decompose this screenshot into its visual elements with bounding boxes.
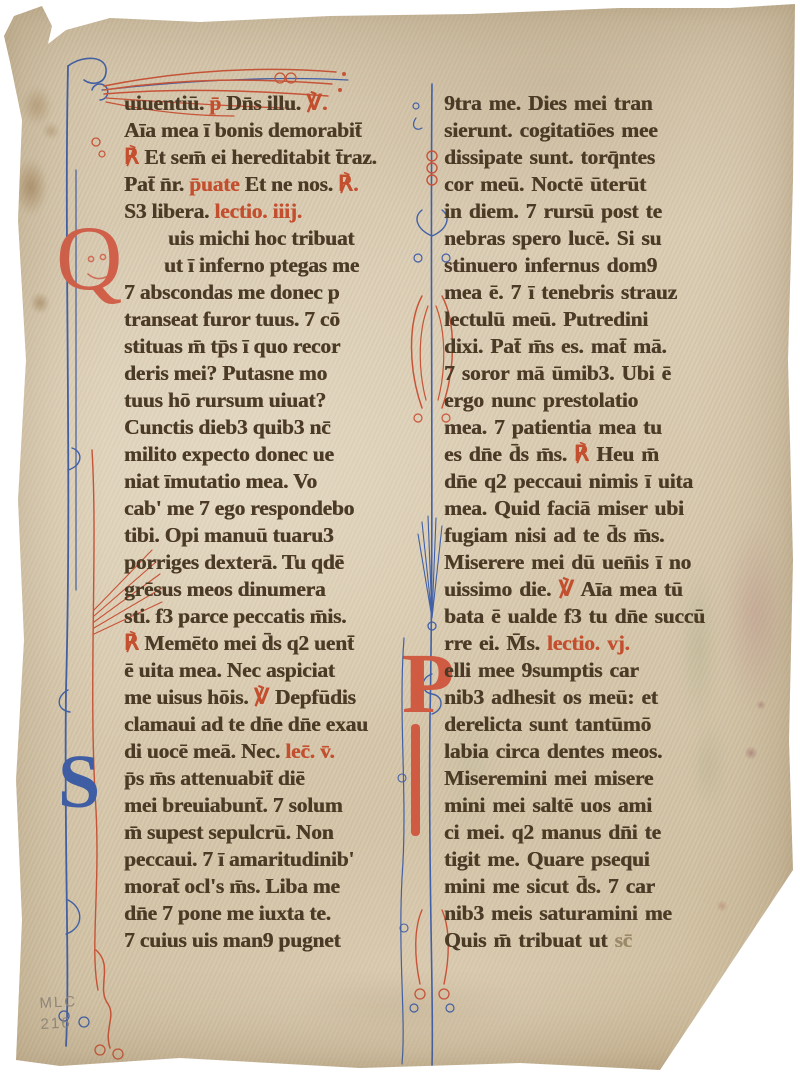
body-text: mei breuiabunt̄. 7 solum: [124, 793, 342, 817]
body-text: 7 abscondas me donec p: [124, 280, 339, 304]
rubric-text: lec̄. v̄.: [285, 739, 334, 763]
text-line: milito expecto donec ue: [124, 441, 400, 468]
text-line: mea. Quid faciā miser ubi: [444, 495, 794, 522]
text-line: transeat furor tuus. 7 cō: [124, 306, 400, 333]
text-line: tigit me. Quare psequi: [444, 846, 794, 873]
text-line: ℟ Et sem̄ ei hereditabit t̄raz.: [124, 144, 400, 171]
text-line: grēsus meos dinumera: [124, 576, 400, 603]
parchment-leaf: Q S P uiuentiū. p̄ Dn̄s illu. ℣.Aīa mea …: [0, 0, 800, 1074]
text-line: Aīa mea ī bonis demorabit̄: [124, 117, 400, 144]
decorated-initial-Q: Q: [56, 212, 122, 304]
text-line: labia circa dentes meos.: [444, 738, 794, 765]
rubric-text: ℟: [124, 145, 144, 169]
text-line: dissipate sunt. torq̄ntes: [444, 144, 794, 171]
text-line: uiuentiū. p̄ Dn̄s illu. ℣.: [124, 90, 400, 117]
text-line: nib3 meis saturamini me: [444, 900, 794, 927]
body-text: sierunt. cogitatiōes mee: [444, 118, 658, 142]
text-line: stinuero infernus dom9: [444, 252, 794, 279]
rubric-text: ℟: [574, 442, 596, 466]
body-text: dixi. Pat̄ m̄s es. mat̄ mā.: [444, 334, 667, 358]
rubric-text: ℣: [254, 685, 275, 709]
text-line: mini mei saltē uos ami: [444, 792, 794, 819]
text-line: morat̄ ocl's m̄s. Liba me: [124, 873, 400, 900]
text-line: Miseremini mei misere: [444, 765, 794, 792]
body-text: stituas m̄ tp̄s ī quo recor: [124, 334, 340, 358]
text-line: cor meū. Noctē ūterūt: [444, 171, 794, 198]
rubric-text: ℣.: [306, 91, 327, 115]
stain: [300, 975, 520, 1035]
body-text: bata ē ualde f3 tu dn̄e succū: [444, 604, 705, 628]
text-line: p̄s m̄s attenuabit̄ diē: [124, 765, 400, 792]
text-line: lectulū meū. Putredini: [444, 306, 794, 333]
body-text: uis michi hoc tribuat: [168, 226, 354, 250]
text-line: fugiam nisi ad te d̄s m̄s.: [444, 522, 794, 549]
body-text: labia circa dentes meos.: [444, 739, 662, 763]
text-line: ē uita mea. Nec aspiciat: [124, 657, 400, 684]
body-text: Depfūdis: [275, 685, 356, 709]
text-line: deris mei? Putasne mo: [124, 360, 400, 387]
body-text: grēsus meos dinumera: [124, 577, 325, 601]
text-line: es dn̄e d̄s m̄s. ℟ Heu m̄: [444, 441, 794, 468]
text-line: niat īmutatio mea. Vo: [124, 468, 400, 495]
text-line: uis michi hoc tribuat: [168, 225, 400, 252]
body-text: mini me sicut d̄s. 7 car: [444, 874, 655, 898]
body-text: uiuentiū.: [124, 91, 209, 115]
rubric-text: ℣: [558, 577, 580, 601]
text-line: stituas m̄ tp̄s ī quo recor: [124, 333, 400, 360]
text-line: clamaui ad te dn̄e dn̄e exau: [124, 711, 400, 738]
body-text: di uocē meā. Nec.: [124, 739, 285, 763]
body-text: dissipate sunt. torq̄ntes: [444, 145, 655, 169]
rubric-text: p̄uate: [189, 172, 245, 196]
rubric-text: lectio. iiij.: [214, 199, 302, 223]
body-text: Aīa mea ī bonis demorabit̄: [124, 118, 361, 142]
body-text: rre ei. M̄s.: [444, 631, 547, 655]
body-text: fugiam nisi ad te d̄s m̄s.: [444, 523, 664, 547]
body-text: milito expecto donec ue: [124, 442, 334, 466]
stain: [42, 122, 60, 140]
body-text: porriges dexterā. Tu qdē: [124, 550, 344, 574]
stain: [14, 158, 48, 216]
body-text: Memēto mei d̄s q2 uent̄: [144, 631, 354, 655]
body-text: p̄s m̄s attenuabit̄ diē: [124, 766, 305, 790]
body-text: Et sem̄ ei hereditabit t̄raz.: [144, 145, 376, 169]
body-text: es dn̄e d̄s m̄s.: [444, 442, 574, 466]
text-line: peccaui. 7 ī amaritudinib': [124, 846, 400, 873]
text-line: dn̄e q2 peccaui nimis ī uita: [444, 468, 794, 495]
text-line: 9tra me. Dies mei tran: [444, 90, 794, 117]
text-line: Pat̄ n̄r. p̄uate Et ne nos. ℟.: [124, 171, 400, 198]
body-text: elli mee 9sumptis car: [444, 658, 639, 682]
body-text: Miserere mei dū uen̄is ī no: [444, 550, 691, 574]
body-text: 7 soror mā ūmib3. Ubi ē: [444, 361, 671, 385]
body-text: S3 libera.: [124, 199, 214, 223]
body-text: tibi. Opi manuū tuaru3: [124, 523, 333, 547]
body-text: Dn̄s illu.: [226, 91, 306, 115]
text-line: ergo nunc prestolatio: [444, 387, 794, 414]
rubric-text: p̄: [209, 91, 226, 115]
text-line: mei breuiabunt̄. 7 solum: [124, 792, 400, 819]
text-line: cab' me 7 ego respondebo: [124, 495, 400, 522]
rubric-text: lectio. vj.: [547, 631, 630, 655]
body-text: 7 cuius uis man9 pugnet: [124, 928, 340, 952]
body-text: ci mei. q2 manus dn̄i te: [444, 820, 661, 844]
body-text: clamaui ad te dn̄e dn̄e exau: [124, 712, 368, 736]
text-line: mea ē. 7 ī tenebris strauz: [444, 279, 794, 306]
body-text: nib3 adhesit os meū: et: [444, 685, 658, 709]
text-line: dixi. Pat̄ m̄s es. mat̄ mā.: [444, 333, 794, 360]
stain: [30, 292, 50, 314]
rubric-text: ℟.: [338, 172, 358, 196]
text-line: elli mee 9sumptis car: [444, 657, 794, 684]
shelfmark-line: 216: [40, 1012, 79, 1035]
text-line: ℟ Memēto mei d̄s q2 uent̄: [124, 630, 400, 657]
text-column-right: 9tra me. Dies mei transierunt. cogitatiō…: [444, 90, 794, 954]
text-line: sti. f3 parce peccatis m̄is.: [124, 603, 400, 630]
text-line: di uocē meā. Nec. lec̄. v̄.: [124, 738, 400, 765]
text-line: mini me sicut d̄s. 7 car: [444, 873, 794, 900]
text-line: uissimo die. ℣ Aīa mea tū: [444, 576, 794, 603]
text-line: Cunctis dieb3 quib3 nc̄: [124, 414, 400, 441]
text-line: tuus hō rursum uiuat?: [124, 387, 400, 414]
body-text: Miseremini mei misere: [444, 766, 653, 790]
text-column-left: uiuentiū. p̄ Dn̄s illu. ℣.Aīa mea ī boni…: [124, 90, 400, 954]
decorated-initial-S: S: [58, 744, 100, 820]
body-text: dn̄e 7 pone me iuxta te.: [124, 901, 331, 925]
text-line: 7 soror mā ūmib3. Ubi ē: [444, 360, 794, 387]
body-text: nib3 meis saturamini me: [444, 901, 672, 925]
body-text: tigit me. Quare psequi: [444, 847, 649, 871]
text-line: in diem. 7 rursū post te: [444, 198, 794, 225]
text-line: ci mei. q2 manus dn̄i te: [444, 819, 794, 846]
body-text: derelicta sunt tantūmō: [444, 712, 651, 736]
text-line: sierunt. cogitatiōes mee: [444, 117, 794, 144]
body-text: Et ne nos.: [245, 172, 338, 196]
body-text: me uisus hōis.: [124, 685, 254, 709]
text-line: tibi. Opi manuū tuaru3: [124, 522, 400, 549]
text-line: derelicta sunt tantūmō: [444, 711, 794, 738]
body-text: transeat furor tuus. 7 cō: [124, 307, 340, 331]
body-text: sc̄: [614, 928, 632, 952]
text-line: ut ī inferno ptegas me: [164, 252, 400, 279]
body-text: lectulū meū. Putredini: [444, 307, 648, 331]
body-text: mini mei saltē uos ami: [444, 793, 652, 817]
body-text: mea ē. 7 ī tenebris strauz: [444, 280, 677, 304]
text-line: dn̄e 7 pone me iuxta te.: [124, 900, 400, 927]
body-text: stinuero infernus dom9: [444, 253, 657, 277]
body-text: morat̄ ocl's m̄s. Liba me: [124, 874, 340, 898]
rubric-text: ℟: [124, 631, 144, 655]
body-text: 9tra me. Dies mei tran: [444, 91, 652, 115]
text-line: 7 cuius uis man9 pugnet: [124, 927, 400, 954]
text-line: Quis m̄ tribuat ut sc̄: [444, 927, 794, 954]
pencil-shelfmark: MLC 216: [39, 991, 79, 1035]
body-text: peccaui. 7 ī amaritudinib': [124, 847, 354, 871]
text-line: nib3 adhesit os meū: et: [444, 684, 794, 711]
body-text: cab' me 7 ego respondebo: [124, 496, 354, 520]
text-line: Miserere mei dū uen̄is ī no: [444, 549, 794, 576]
body-text: Heu m̄: [596, 442, 659, 466]
body-text: in diem. 7 rursū post te: [444, 199, 662, 223]
text-line: bata ē ualde f3 tu dn̄e succū: [444, 603, 794, 630]
body-text: m̄ supest sepulcrū. Non: [124, 820, 333, 844]
body-text: Pat̄ n̄r.: [124, 172, 189, 196]
body-text: niat īmutatio mea. Vo: [124, 469, 317, 493]
body-text: ergo nunc prestolatio: [444, 388, 638, 412]
body-text: Cunctis dieb3 quib3 nc̄: [124, 415, 331, 439]
body-text: nebras spero lucē. Si su: [444, 226, 661, 250]
text-line: S3 libera. lectio. iiij.: [124, 198, 400, 225]
body-text: mea. 7 patientia mea tu: [444, 415, 662, 439]
body-text: dn̄e q2 peccaui nimis ī uita: [444, 469, 693, 493]
body-text: deris mei? Putasne mo: [124, 361, 327, 385]
body-text: ut ī inferno ptegas me: [164, 253, 359, 277]
text-line: mea. 7 patientia mea tu: [444, 414, 794, 441]
text-line: porriges dexterā. Tu qdē: [124, 549, 400, 576]
body-text: uissimo die.: [444, 577, 558, 601]
manuscript-photo: Q S P uiuentiū. p̄ Dn̄s illu. ℣.Aīa mea …: [0, 0, 800, 1074]
body-text: ē uita mea. Nec aspiciat: [124, 658, 335, 682]
body-text: cor meū. Noctē ūterūt: [444, 172, 646, 196]
text-line: m̄ supest sepulcrū. Non: [124, 819, 400, 846]
text-line: rre ei. M̄s. lectio. vj.: [444, 630, 794, 657]
body-text: mea. Quid faciā miser ubi: [444, 496, 684, 520]
text-line: me uisus hōis. ℣ Depfūdis: [124, 684, 400, 711]
body-text: tuus hō rursum uiuat?: [124, 388, 326, 412]
body-text: Aīa mea tū: [580, 577, 682, 601]
stain: [22, 86, 52, 126]
text-line: nebras spero lucē. Si su: [444, 225, 794, 252]
text-line: 7 abscondas me donec p: [124, 279, 400, 306]
body-text: Quis m̄ tribuat ut: [444, 928, 614, 952]
shelfmark-line: MLC: [39, 991, 78, 1014]
body-text: sti. f3 parce peccatis m̄is.: [124, 604, 346, 628]
